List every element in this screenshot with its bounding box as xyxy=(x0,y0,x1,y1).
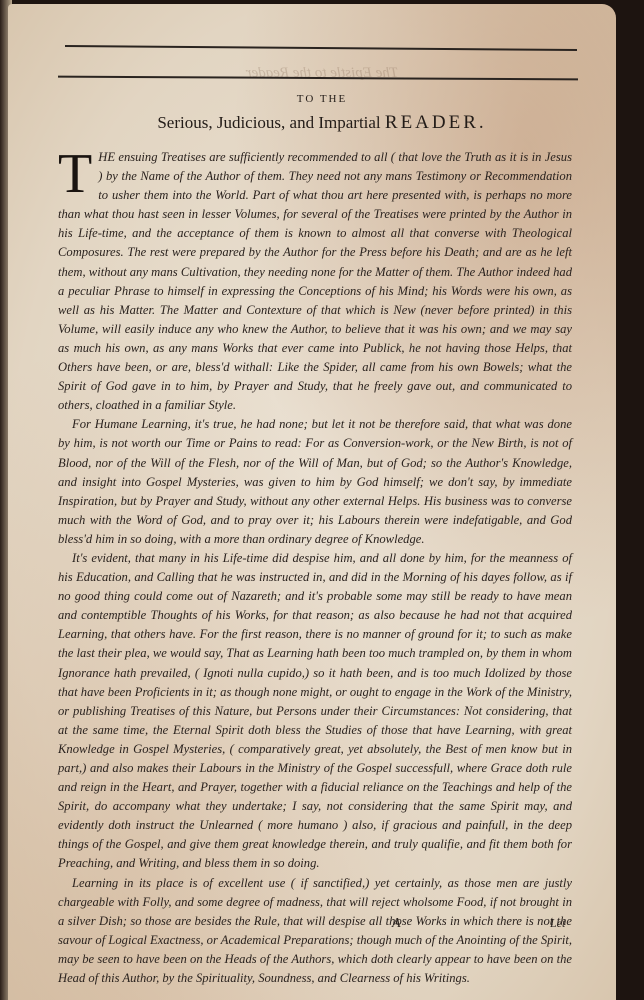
paragraph-2: For Humane Learning, it's true, he had n… xyxy=(58,415,572,549)
paragraph-3: It's evident, that many in his Life-time… xyxy=(58,549,572,874)
epistle-body: THE ensuing Treatises are sufficiently r… xyxy=(58,148,572,988)
title-emphasis: READER. xyxy=(385,112,487,133)
signature-mark: A xyxy=(392,916,401,932)
paragraph-1-text: HE ensuing Treatises are sufficiently re… xyxy=(58,150,572,412)
catchword: Let xyxy=(550,916,565,931)
page-title: Serious, Judicious, and Impartial READER… xyxy=(0,112,644,134)
paragraph-1: THE ensuing Treatises are sufficiently r… xyxy=(58,148,572,415)
heading-to-the: TO THE xyxy=(0,93,644,105)
drop-cap: T xyxy=(58,151,92,197)
title-main: Serious, Judicious, and Impartial xyxy=(157,113,380,132)
paragraph-4: Learning in its place is of excellent us… xyxy=(58,874,572,989)
